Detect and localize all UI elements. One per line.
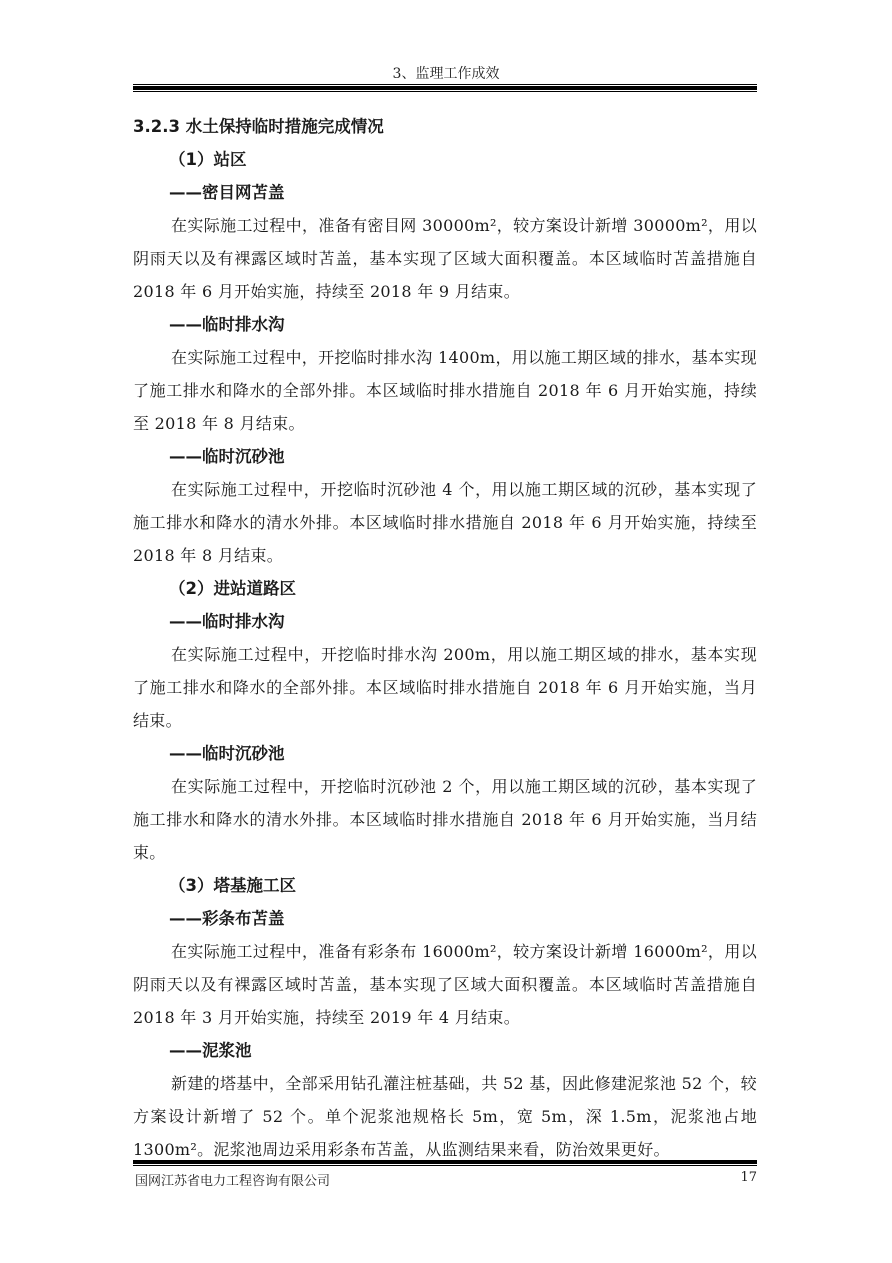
measure-paragraph: 在实际施工过程中，开挖临时排水沟 200m，用以施工期区域的排水，基本实现了施工… xyxy=(133,638,757,737)
measure-paragraph: 在实际施工过程中，准备有彩条布 16000m²，较方案设计新增 16000m²，… xyxy=(133,935,757,1034)
measure-title: ——彩条布苫盖 xyxy=(133,902,757,935)
footer-company-name: 国网江苏省电力工程咨询有限公司 xyxy=(135,1170,330,1189)
measure-paragraph: 在实际施工过程中，开挖临时沉砂池 2 个，用以施工期区域的沉砂，基本实现了施工排… xyxy=(133,770,757,869)
area-heading-access-road: （2）进站道路区 xyxy=(133,572,757,605)
header-rule-thin xyxy=(133,84,757,85)
footer-rule-thick xyxy=(133,1160,757,1164)
measure-paragraph: 在实际施工过程中，开挖临时沉砂池 4 个，用以施工期区域的沉砂，基本实现了施工排… xyxy=(133,473,757,572)
measure-paragraph: 新建的塔基中，全部采用钻孔灌注桩基础，共 52 基，因此修建泥浆池 52 个，较… xyxy=(133,1067,757,1166)
page-number: 17 xyxy=(740,1170,757,1185)
measure-title: ——临时排水沟 xyxy=(133,308,757,341)
header-rule-thin-bottom xyxy=(133,91,757,92)
page-header-title: 3、监理工作成效 xyxy=(0,63,892,83)
section-heading: 3.2.3 水土保持临时措施完成情况 xyxy=(133,110,757,143)
area-heading-station: （1）站区 xyxy=(133,143,757,176)
measure-title: ——临时沉砂池 xyxy=(133,737,757,770)
measure-paragraph: 在实际施工过程中，开挖临时排水沟 1400m，用以施工期区域的排水，基本实现了施… xyxy=(133,341,757,440)
measure-paragraph: 在实际施工过程中，准备有密目网 30000m²，较方案设计新增 30000m²，… xyxy=(133,209,757,308)
document-body: 3.2.3 水土保持临时措施完成情况 （1）站区 ——密目网苫盖 在实际施工过程… xyxy=(133,110,757,1166)
measure-title: ——泥浆池 xyxy=(133,1034,757,1067)
header-rule-thick xyxy=(133,86,757,90)
measure-title: ——密目网苫盖 xyxy=(133,176,757,209)
area-heading-tower-base: （3）塔基施工区 xyxy=(133,869,757,902)
measure-title: ——临时排水沟 xyxy=(133,605,757,638)
footer-rule-thin xyxy=(133,1165,757,1166)
measure-title: ——临时沉砂池 xyxy=(133,440,757,473)
